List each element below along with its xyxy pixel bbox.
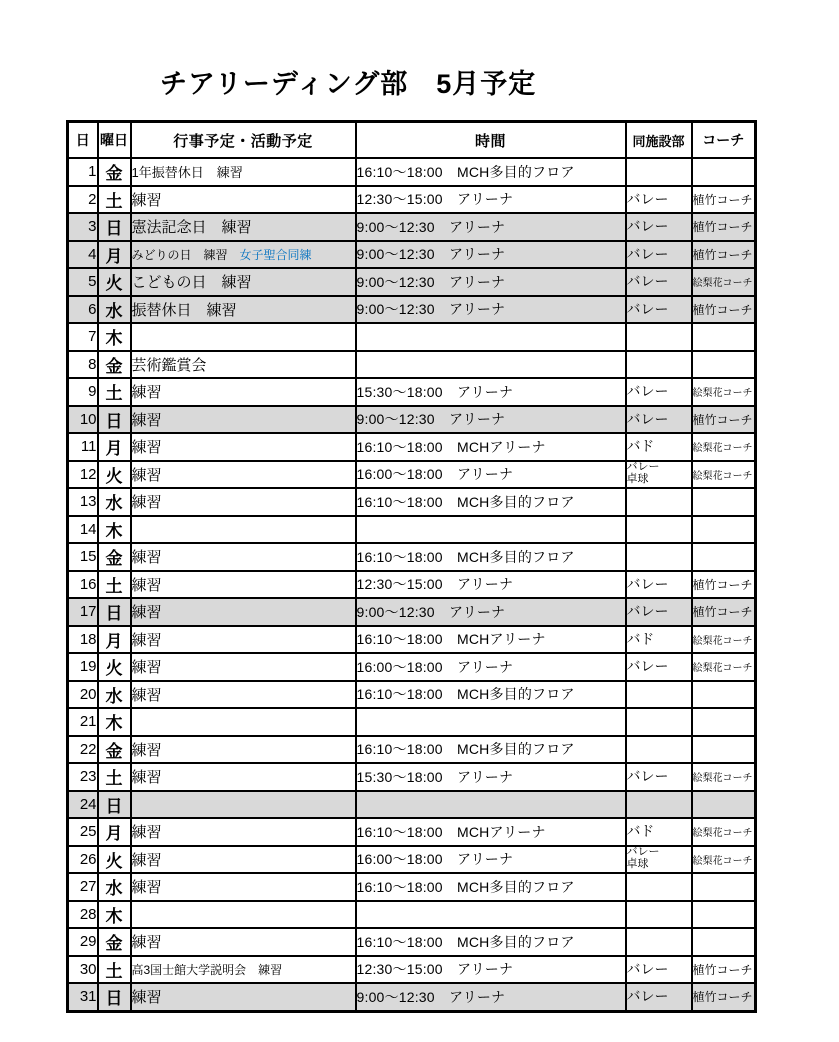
coach-cell xyxy=(692,736,756,764)
coach-cell xyxy=(692,351,756,379)
day-cell: 29 xyxy=(68,928,98,956)
time-cell: 16:10～18:00 MCH多目的フロア xyxy=(356,158,626,186)
coach-cell: 絵梨花コーチ xyxy=(692,653,756,681)
table-row: 23 土 練習 15:30～18:00 アリーナ バレー 絵梨花コーチ xyxy=(68,763,756,791)
event-cell: 高3国士館大学説明会 練習 xyxy=(131,956,356,984)
schedule-table: 日 曜日 行事予定・活動予定 時間 同施設部 コーチ 1 金 1年振替休日 練習… xyxy=(66,120,757,1013)
event-text: 練習 xyxy=(132,549,162,566)
table-row: 2 土 練習 12:30～15:00 アリーナ バレー 植竹コーチ xyxy=(68,186,756,214)
event-cell: 練習 xyxy=(131,461,356,489)
header-row: 日 曜日 行事予定・活動予定 時間 同施設部 コーチ xyxy=(68,122,756,159)
schedule-table-body: 1 金 1年振替休日 練習 16:10～18:00 MCH多目的フロア 2 土 … xyxy=(68,158,756,1011)
schedule-table-header: 日 曜日 行事予定・活動予定 時間 同施設部 コーチ xyxy=(68,122,756,159)
day-cell: 20 xyxy=(68,681,98,709)
weekday-cell: 日 xyxy=(98,983,131,1011)
facility-cell: バレー xyxy=(626,241,692,269)
event-text: 振替休日 練習 xyxy=(132,302,237,319)
coach-cell xyxy=(692,543,756,571)
event-cell: 練習 xyxy=(131,763,356,791)
event-cell: 練習 xyxy=(131,626,356,654)
event-cell xyxy=(131,323,356,351)
weekday-cell: 金 xyxy=(98,928,131,956)
time-cell: 12:30～15:00 アリーナ xyxy=(356,956,626,984)
table-row: 7 木 xyxy=(68,323,756,351)
coach-cell: 絵梨花コーチ xyxy=(692,763,756,791)
weekday-cell: 日 xyxy=(98,406,131,434)
event-cell: 練習 xyxy=(131,433,356,461)
joint-practice-note: 女子聖合同練 xyxy=(240,248,312,262)
event-text: みどりの日 練習 xyxy=(132,248,240,262)
coach-cell xyxy=(692,791,756,819)
time-cell: 9:00～12:30 アリーナ xyxy=(356,213,626,241)
coach-cell: 絵梨花コーチ xyxy=(692,626,756,654)
table-row: 4 月 みどりの日 練習 女子聖合同練 9:00～12:30 アリーナ バレー … xyxy=(68,241,756,269)
event-cell xyxy=(131,791,356,819)
table-row: 5 火 こどもの日 練習 9:00～12:30 アリーナ バレー 絵梨花コーチ xyxy=(68,268,756,296)
weekday-cell: 月 xyxy=(98,818,131,846)
coach-cell: 植竹コーチ xyxy=(692,983,756,1011)
table-row: 28 木 xyxy=(68,901,756,929)
time-cell: 16:10～18:00 MCHアリーナ xyxy=(356,433,626,461)
weekday-cell: 金 xyxy=(98,351,131,379)
facility-cell: バレー xyxy=(626,983,692,1011)
time-cell: 16:10～18:00 MCH多目的フロア xyxy=(356,681,626,709)
day-cell: 6 xyxy=(68,296,98,324)
day-cell: 24 xyxy=(68,791,98,819)
coach-cell xyxy=(692,158,756,186)
facility-cell: バレー xyxy=(626,186,692,214)
event-cell: 練習 xyxy=(131,488,356,516)
event-text: 練習 xyxy=(132,852,162,869)
event-text: 練習 xyxy=(132,934,162,951)
facility-cell: バド xyxy=(626,626,692,654)
event-cell: 練習 xyxy=(131,543,356,571)
day-cell: 31 xyxy=(68,983,98,1011)
facility-cell: バレー xyxy=(626,653,692,681)
event-text: 芸術鑑賞会 xyxy=(132,357,207,374)
weekday-cell: 月 xyxy=(98,241,131,269)
day-cell: 3 xyxy=(68,213,98,241)
coach-cell xyxy=(692,928,756,956)
time-cell: 16:10～18:00 MCH多目的フロア xyxy=(356,488,626,516)
time-cell xyxy=(356,323,626,351)
facility-cell: バレー xyxy=(626,406,692,434)
weekday-cell: 火 xyxy=(98,653,131,681)
time-cell xyxy=(356,351,626,379)
weekday-cell: 金 xyxy=(98,736,131,764)
event-text: 練習 xyxy=(132,577,162,594)
day-cell: 25 xyxy=(68,818,98,846)
time-cell: 16:10～18:00 MCH多目的フロア xyxy=(356,928,626,956)
facility-cell: バレー xyxy=(626,598,692,626)
weekday-cell: 火 xyxy=(98,268,131,296)
event-text: こどもの日 練習 xyxy=(132,274,252,291)
event-text: 高3国士館大学説明会 練習 xyxy=(132,963,283,977)
header-coach: コーチ xyxy=(692,122,756,159)
facility-cell xyxy=(626,928,692,956)
time-cell xyxy=(356,708,626,736)
facility-cell: バレー xyxy=(626,213,692,241)
day-cell: 2 xyxy=(68,186,98,214)
facility-cell: バレー xyxy=(626,296,692,324)
facility-cell: バレー xyxy=(626,763,692,791)
time-cell xyxy=(356,516,626,544)
weekday-cell: 土 xyxy=(98,186,131,214)
event-cell: 練習 xyxy=(131,598,356,626)
event-cell: みどりの日 練習 女子聖合同練 xyxy=(131,241,356,269)
header-day: 日 xyxy=(68,122,98,159)
day-cell: 7 xyxy=(68,323,98,351)
day-cell: 23 xyxy=(68,763,98,791)
event-cell: 練習 xyxy=(131,681,356,709)
coach-cell xyxy=(692,873,756,901)
day-cell: 11 xyxy=(68,433,98,461)
header-weekday: 曜日 xyxy=(98,122,131,159)
facility-cell: バド xyxy=(626,818,692,846)
event-cell xyxy=(131,516,356,544)
day-cell: 21 xyxy=(68,708,98,736)
weekday-cell: 木 xyxy=(98,901,131,929)
facility-cell: バレー xyxy=(626,571,692,599)
time-cell: 16:00～18:00 アリーナ xyxy=(356,461,626,489)
day-cell: 22 xyxy=(68,736,98,764)
facility-cell xyxy=(626,681,692,709)
time-cell: 9:00～12:30 アリーナ xyxy=(356,406,626,434)
day-cell: 8 xyxy=(68,351,98,379)
day-cell: 13 xyxy=(68,488,98,516)
time-cell: 16:10～18:00 MCHアリーナ xyxy=(356,626,626,654)
table-row: 20 水 練習 16:10～18:00 MCH多目的フロア xyxy=(68,681,756,709)
weekday-cell: 水 xyxy=(98,681,131,709)
table-row: 6 水 振替休日 練習 9:00～12:30 アリーナ バレー 植竹コーチ xyxy=(68,296,756,324)
coach-cell xyxy=(692,488,756,516)
time-cell: 16:00～18:00 アリーナ xyxy=(356,653,626,681)
weekday-cell: 土 xyxy=(98,378,131,406)
event-text: 練習 xyxy=(132,989,162,1006)
time-cell: 16:00～18:00 アリーナ xyxy=(356,846,626,874)
weekday-cell: 木 xyxy=(98,516,131,544)
day-cell: 5 xyxy=(68,268,98,296)
facility-cell xyxy=(626,791,692,819)
weekday-cell: 金 xyxy=(98,158,131,186)
weekday-cell: 水 xyxy=(98,488,131,516)
coach-cell: 絵梨花コーチ xyxy=(692,433,756,461)
table-row: 10 日 練習 9:00～12:30 アリーナ バレー 植竹コーチ xyxy=(68,406,756,434)
event-cell xyxy=(131,901,356,929)
coach-cell: 植竹コーチ xyxy=(692,571,756,599)
weekday-cell: 火 xyxy=(98,461,131,489)
event-cell: 練習 xyxy=(131,653,356,681)
table-row: 31 日 練習 9:00～12:30 アリーナ バレー 植竹コーチ xyxy=(68,983,756,1011)
event-text: 練習 xyxy=(132,659,162,676)
weekday-cell: 水 xyxy=(98,873,131,901)
table-row: 14 木 xyxy=(68,516,756,544)
event-text: 1年振替休日 練習 xyxy=(132,165,243,180)
time-cell: 15:30～18:00 アリーナ xyxy=(356,378,626,406)
table-row: 26 火 練習 16:00～18:00 アリーナ バレー 卓球 絵梨花コーチ xyxy=(68,846,756,874)
table-row: 17 日 練習 9:00～12:30 アリーナ バレー 植竹コーチ xyxy=(68,598,756,626)
time-cell: 9:00～12:30 アリーナ xyxy=(356,268,626,296)
time-cell: 12:30～15:00 アリーナ xyxy=(356,186,626,214)
coach-cell: 植竹コーチ xyxy=(692,213,756,241)
table-row: 30 土 高3国士館大学説明会 練習 12:30～15:00 アリーナ バレー … xyxy=(68,956,756,984)
table-row: 1 金 1年振替休日 練習 16:10～18:00 MCH多目的フロア xyxy=(68,158,756,186)
time-cell: 15:30～18:00 アリーナ xyxy=(356,763,626,791)
facility-cell: バレー xyxy=(626,956,692,984)
facility-cell xyxy=(626,351,692,379)
table-row: 22 金 練習 16:10～18:00 MCH多目的フロア xyxy=(68,736,756,764)
facility-cell xyxy=(626,873,692,901)
time-cell: 16:10～18:00 MCH多目的フロア xyxy=(356,736,626,764)
event-text: 練習 xyxy=(132,824,162,841)
time-cell: 9:00～12:30 アリーナ xyxy=(356,983,626,1011)
event-cell: 憲法記念日 練習 xyxy=(131,213,356,241)
table-row: 21 木 xyxy=(68,708,756,736)
day-cell: 10 xyxy=(68,406,98,434)
event-text: 練習 xyxy=(132,687,162,704)
coach-cell xyxy=(692,901,756,929)
day-cell: 16 xyxy=(68,571,98,599)
event-cell: 練習 xyxy=(131,378,356,406)
event-text: 憲法記念日 練習 xyxy=(132,219,252,236)
event-cell: こどもの日 練習 xyxy=(131,268,356,296)
event-cell: 練習 xyxy=(131,928,356,956)
event-text: 練習 xyxy=(132,494,162,511)
event-text: 練習 xyxy=(132,879,162,896)
event-cell: 練習 xyxy=(131,736,356,764)
header-event: 行事予定・活動予定 xyxy=(131,122,356,159)
event-cell: 芸術鑑賞会 xyxy=(131,351,356,379)
event-cell: 1年振替休日 練習 xyxy=(131,158,356,186)
weekday-cell: 土 xyxy=(98,571,131,599)
event-cell xyxy=(131,708,356,736)
table-row: 18 月 練習 16:10～18:00 MCHアリーナ バド 絵梨花コーチ xyxy=(68,626,756,654)
day-cell: 28 xyxy=(68,901,98,929)
coach-cell: 絵梨花コーチ xyxy=(692,846,756,874)
facility-cell xyxy=(626,516,692,544)
day-cell: 14 xyxy=(68,516,98,544)
table-row: 19 火 練習 16:00～18:00 アリーナ バレー 絵梨花コーチ xyxy=(68,653,756,681)
day-cell: 18 xyxy=(68,626,98,654)
facility-cell: バド xyxy=(626,433,692,461)
facility-cell: バレー 卓球 xyxy=(626,461,692,489)
coach-cell xyxy=(692,681,756,709)
weekday-cell: 日 xyxy=(98,791,131,819)
facility-cell xyxy=(626,323,692,351)
day-cell: 9 xyxy=(68,378,98,406)
day-cell: 1 xyxy=(68,158,98,186)
table-row: 15 金 練習 16:10～18:00 MCH多目的フロア xyxy=(68,543,756,571)
table-row: 29 金 練習 16:10～18:00 MCH多目的フロア xyxy=(68,928,756,956)
event-text: 練習 xyxy=(132,192,162,209)
time-cell xyxy=(356,791,626,819)
coach-cell: 絵梨花コーチ xyxy=(692,378,756,406)
coach-cell: 絵梨花コーチ xyxy=(692,461,756,489)
time-cell: 9:00～12:30 アリーナ xyxy=(356,598,626,626)
weekday-cell: 月 xyxy=(98,626,131,654)
facility-cell: バレー xyxy=(626,268,692,296)
coach-cell: 絵梨花コーチ xyxy=(692,818,756,846)
facility-cell: バレー xyxy=(626,378,692,406)
day-cell: 4 xyxy=(68,241,98,269)
time-cell: 16:10～18:00 MCH多目的フロア xyxy=(356,543,626,571)
table-row: 3 日 憲法記念日 練習 9:00～12:30 アリーナ バレー 植竹コーチ xyxy=(68,213,756,241)
weekday-cell: 日 xyxy=(98,213,131,241)
weekday-cell: 金 xyxy=(98,543,131,571)
table-row: 25 月 練習 16:10～18:00 MCHアリーナ バド 絵梨花コーチ xyxy=(68,818,756,846)
header-facility: 同施設部 xyxy=(626,122,692,159)
table-row: 13 水 練習 16:10～18:00 MCH多目的フロア xyxy=(68,488,756,516)
event-text: 練習 xyxy=(132,439,162,456)
coach-cell xyxy=(692,708,756,736)
event-cell: 練習 xyxy=(131,846,356,874)
event-text: 練習 xyxy=(132,632,162,649)
event-cell: 振替休日 練習 xyxy=(131,296,356,324)
coach-cell: 植竹コーチ xyxy=(692,296,756,324)
table-row: 12 火 練習 16:00～18:00 アリーナ バレー 卓球 絵梨花コーチ xyxy=(68,461,756,489)
event-cell: 練習 xyxy=(131,983,356,1011)
facility-cell xyxy=(626,708,692,736)
time-cell xyxy=(356,901,626,929)
coach-cell: 植竹コーチ xyxy=(692,598,756,626)
event-text: 練習 xyxy=(132,769,162,786)
day-cell: 27 xyxy=(68,873,98,901)
time-cell: 16:10～18:00 MCH多目的フロア xyxy=(356,873,626,901)
schedule-document: チアリーディング部 5月予定 日 曜日 行事予定・活動予定 時間 同施設部 コー… xyxy=(0,0,839,1042)
coach-cell: 植竹コーチ xyxy=(692,241,756,269)
facility-cell xyxy=(626,488,692,516)
event-text: 練習 xyxy=(132,604,162,621)
table-row: 27 水 練習 16:10～18:00 MCH多目的フロア xyxy=(68,873,756,901)
weekday-cell: 木 xyxy=(98,323,131,351)
day-cell: 30 xyxy=(68,956,98,984)
weekday-cell: 木 xyxy=(98,708,131,736)
table-row: 9 土 練習 15:30～18:00 アリーナ バレー 絵梨花コーチ xyxy=(68,378,756,406)
event-text: 練習 xyxy=(132,467,162,484)
day-cell: 17 xyxy=(68,598,98,626)
weekday-cell: 土 xyxy=(98,763,131,791)
weekday-cell: 土 xyxy=(98,956,131,984)
time-cell: 16:10～18:00 MCHアリーナ xyxy=(356,818,626,846)
weekday-cell: 月 xyxy=(98,433,131,461)
facility-cell xyxy=(626,158,692,186)
facility-cell xyxy=(626,543,692,571)
day-cell: 15 xyxy=(68,543,98,571)
event-cell: 練習 xyxy=(131,406,356,434)
event-text: 練習 xyxy=(132,384,162,401)
facility-cell xyxy=(626,901,692,929)
day-cell: 19 xyxy=(68,653,98,681)
time-cell: 12:30～15:00 アリーナ xyxy=(356,571,626,599)
event-text: 練習 xyxy=(132,742,162,759)
page-title: チアリーディング部 5月予定 xyxy=(160,62,536,101)
table-row: 8 金 芸術鑑賞会 xyxy=(68,351,756,379)
coach-cell xyxy=(692,516,756,544)
event-cell: 練習 xyxy=(131,571,356,599)
coach-cell: 植竹コーチ xyxy=(692,186,756,214)
weekday-cell: 日 xyxy=(98,598,131,626)
event-cell: 練習 xyxy=(131,873,356,901)
coach-cell xyxy=(692,323,756,351)
facility-cell: バレー 卓球 xyxy=(626,846,692,874)
table-row: 24 日 xyxy=(68,791,756,819)
table-row: 11 月 練習 16:10～18:00 MCHアリーナ バド 絵梨花コーチ xyxy=(68,433,756,461)
coach-cell: 植竹コーチ xyxy=(692,406,756,434)
day-cell: 26 xyxy=(68,846,98,874)
weekday-cell: 水 xyxy=(98,296,131,324)
event-cell: 練習 xyxy=(131,818,356,846)
time-cell: 9:00～12:30 アリーナ xyxy=(356,241,626,269)
table-row: 16 土 練習 12:30～15:00 アリーナ バレー 植竹コーチ xyxy=(68,571,756,599)
day-cell: 12 xyxy=(68,461,98,489)
weekday-cell: 火 xyxy=(98,846,131,874)
coach-cell: 絵梨花コーチ xyxy=(692,268,756,296)
coach-cell: 植竹コーチ xyxy=(692,956,756,984)
time-cell: 9:00～12:30 アリーナ xyxy=(356,296,626,324)
facility-cell xyxy=(626,736,692,764)
header-time: 時間 xyxy=(356,122,626,159)
event-text: 練習 xyxy=(132,412,162,429)
event-cell: 練習 xyxy=(131,186,356,214)
